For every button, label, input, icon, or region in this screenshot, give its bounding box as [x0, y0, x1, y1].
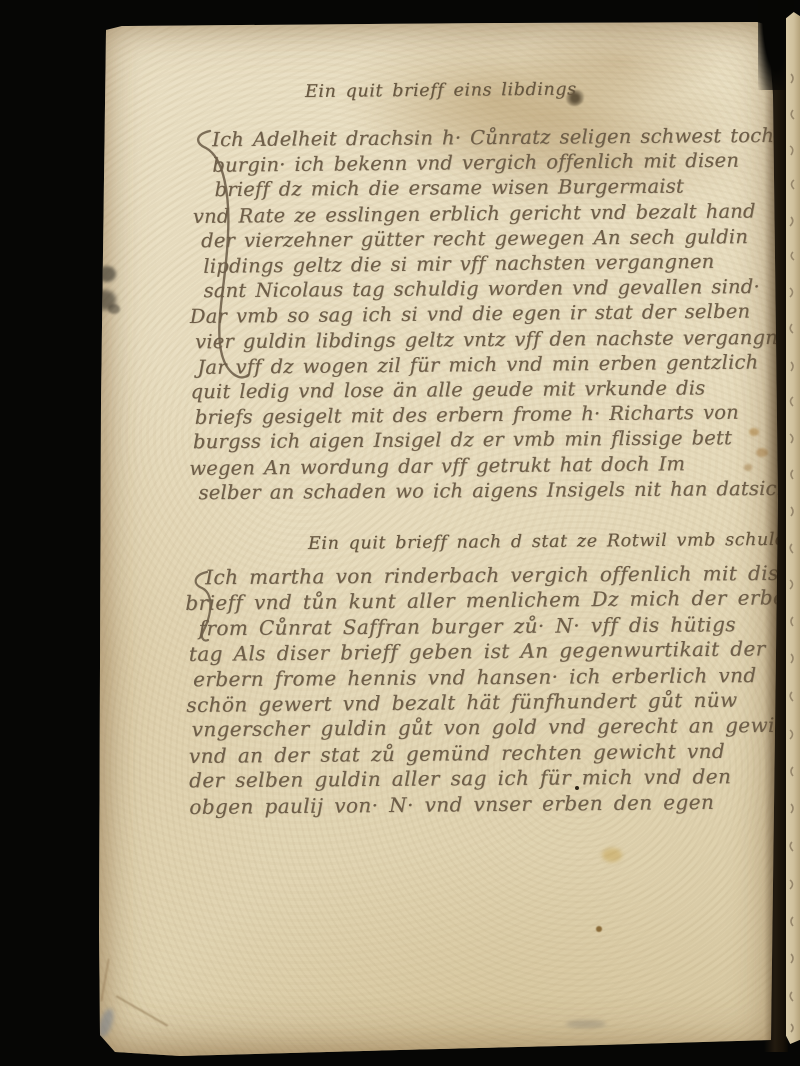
manuscript-line: Ich Adelheit drachsin h· Cůnratz seligen…: [186, 123, 800, 153]
manuscript-line: erbern frome hennis vnd hansen· ich erbe…: [186, 662, 800, 692]
paragraph: Ich martha von rinderbach vergich offenl…: [185, 560, 800, 820]
photo-backdrop: Ein quit brieff eins libdings Ich Adelhe…: [0, 0, 800, 1066]
manuscript-line: from Cůnrat Saffran burger zů· N· vff di…: [186, 611, 800, 641]
smudge: [566, 1020, 606, 1028]
manuscript-line: sant Nicolaus tag schuldig worden vnd ge…: [187, 274, 800, 304]
smudge: [94, 290, 116, 310]
smudge: [98, 266, 116, 282]
manuscript-line: burgss ich aigen Insigel dz er vmb min f…: [189, 425, 800, 455]
manuscript-line: vier guldin libdings geltz vntz vff den …: [188, 324, 800, 354]
manuscript-line: quit ledig vnd lose än alle geude mit vr…: [188, 375, 800, 405]
stain: [602, 848, 622, 862]
parchment-page: Ein quit brieff eins libdings Ich Adelhe…: [96, 20, 786, 1060]
manuscript-line: der selben guldin aller sag ich für mich…: [187, 764, 800, 794]
manuscript-line: brieff dz mich die ersame wisen Burgerma…: [187, 173, 800, 203]
manuscript-line: selber an schaden wo ich aigens Insigels…: [189, 475, 800, 505]
crease: [116, 995, 169, 1027]
manuscript-line: der vierzehner gütter recht gewegen An s…: [187, 223, 800, 253]
manuscript-line: Ich martha von rinderbach vergich offenl…: [185, 561, 800, 591]
section-heading: Ein quit brieff eins libdings: [305, 80, 577, 102]
crease: [100, 958, 110, 1002]
next-page-edge: [786, 12, 800, 1044]
section-heading: Ein quit brieff nach d stat ze Rotwil vm…: [308, 530, 787, 554]
backdrop-fabric: [0, 0, 16, 1066]
ghost-writing: [786, 12, 800, 1044]
manuscript-line: obgen paulij von· N· vnd vnser erben den…: [187, 789, 800, 820]
manuscript-line: vngerscher guldin gůt von gold vnd gerec…: [186, 713, 800, 743]
stain: [596, 926, 602, 932]
smudge: [96, 1007, 117, 1039]
smudge: [108, 304, 120, 314]
paragraph: Ich Adelheit drachsin h· Cůnratz seligen…: [186, 122, 800, 506]
